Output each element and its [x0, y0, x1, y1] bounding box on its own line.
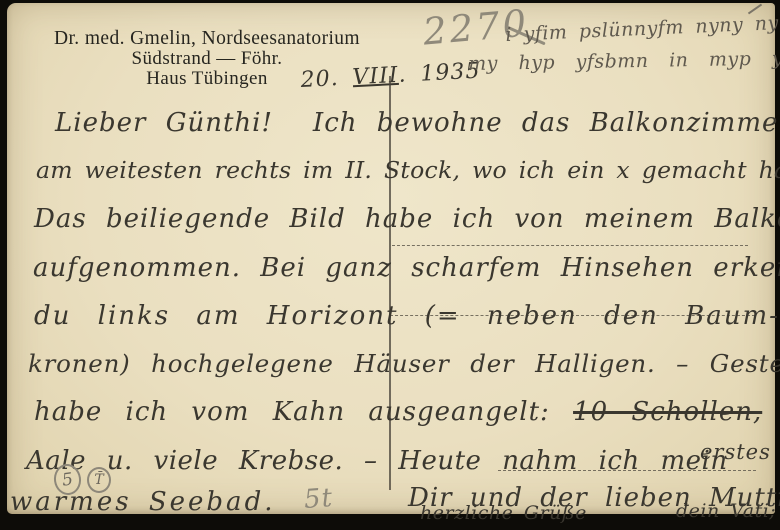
date-day: 20.: [300, 65, 353, 93]
closing-greeting: herzliche Grüße: [420, 502, 587, 524]
message-line-8: Aale u. viele Krebse. – Heute nahm ich m…: [26, 446, 728, 476]
message-line-7-pre: habe ich vom Kahn ausgeangelt:: [34, 397, 573, 427]
collector-mark-1-glyph: 5: [61, 469, 75, 490]
message-line-7-post: 2: [762, 397, 780, 427]
address-dashed-line-1: [392, 245, 748, 246]
letterhead-line1: Dr. med. Gmelin, Nordseesanatorium: [46, 29, 368, 49]
collector-mark-circle-2: T̄: [87, 467, 111, 493]
message-line-3: Das beiliegende Bild habe ich von meinem…: [34, 204, 780, 234]
message-salutation: Lieber Günthi!: [55, 108, 273, 138]
message-struck-text: 10 Schollen,: [573, 397, 762, 427]
message-line-9-left: warmes Seebad.: [10, 487, 275, 517]
message-line-4: aufgenommen. Bei ganz scharfem Hinsehen …: [33, 253, 780, 283]
collector-mark-2-glyph: T̄: [94, 472, 103, 488]
message-line-6: kronen) hochgelegene Häuser der Halligen…: [28, 349, 780, 378]
message-line-2: am weitesten rechts im II. Stock, wo ich…: [36, 156, 780, 184]
message-line-1: Lieber Günthi!Ich bewohne das Balkonzimm…: [55, 108, 780, 138]
message-line-1-rest: Ich bewohne das Balkonzimmer: [273, 108, 780, 138]
message-line-5: du links am Horizont (= neben den Baum-: [34, 301, 780, 331]
scan-background: Dr. med. Gmelin, Nordseesanatorium Südst…: [0, 0, 780, 530]
date-month: VIII: [352, 63, 399, 90]
postcard-divider-line: [389, 76, 391, 490]
closing-signature: dein Vati;: [676, 500, 776, 522]
message-word-raised: erstes: [700, 440, 771, 464]
message-line-7: habe ich vom Kahn ausgeangelt: 10 Scholl…: [34, 397, 780, 427]
pencil-price-mark: 5t: [303, 483, 334, 515]
